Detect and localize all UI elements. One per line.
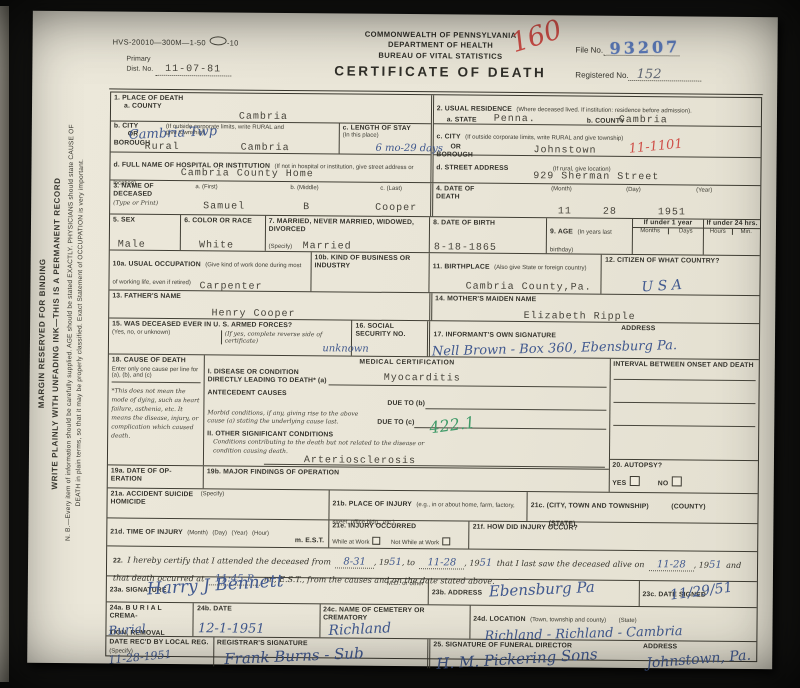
section-burial-date: 24b. DATE 12-1-1951 <box>193 603 319 637</box>
section-fd-address: ADDRESS Johnstown, Pa. <box>640 641 757 671</box>
section-operation-findings: 19b. MAJOR FINDINGS OF OPERATION <box>203 466 609 492</box>
death-month-value: 11 <box>558 206 572 217</box>
cause-instructions: 18. CAUSE OF DEATH Enter only one cause … <box>108 354 204 465</box>
residence-city-value: Johnstown <box>533 145 596 157</box>
section-informant: 17. INFORMANT'S OWN SIGNATURE ADDRESS Ne… <box>427 321 759 359</box>
place-county-value: Cambria <box>239 112 288 123</box>
name-title: 3. NAME OF DECEASED <box>113 182 185 200</box>
institution-value: Cambria County Home <box>181 168 314 180</box>
section-how-injury: 21f. HOW DID INJURY OCCUR? <box>469 522 758 552</box>
last-name-value: Cooper <box>375 203 417 214</box>
district-number: Dist. No. 11-07-81 <box>126 64 302 77</box>
residence-state-value: Penna. <box>494 114 536 125</box>
section-usual-residence: 2. USUAL RESIDENCE (Where deceased lived… <box>430 95 761 185</box>
marital-value: Married <box>303 241 352 252</box>
section-mother: 14. MOTHER'S MAIDEN NAME Elizabeth Rippl… <box>429 293 759 323</box>
place-township-value: Cambria <box>241 143 290 154</box>
burial-value: Burial <box>108 621 146 637</box>
autopsy-yes-checkbox <box>629 476 639 486</box>
last-seen-value: 11-28 <box>649 559 694 571</box>
res-city-label: c. CITY <box>437 133 461 140</box>
section-registrar-signature: REGISTRAR'S SIGNATURE Frank Burns - Sub <box>213 637 428 668</box>
section-operation-date: 19a. DATE OF OP-ERATION <box>108 465 203 488</box>
section-place-of-death: 1. PLACE OF DEATH a. COUNTY Cambria b. C… <box>110 92 431 182</box>
street-label: d. STREET ADDRESS <box>436 164 508 172</box>
sex-value: Male <box>118 240 146 251</box>
form-header: HVS-20010—300M—1-50-10 Primary Dist. No.… <box>110 21 763 91</box>
section-date-of-death: 4. DATE OF DEATH (Month) (Day) (Year) 11… <box>430 183 760 219</box>
while-at-work-checkbox <box>372 537 380 545</box>
armed-forces-value: unknown <box>322 343 369 354</box>
street-value: 929 Sherman Street <box>533 171 659 183</box>
section-place-of-injury: 21b. PLACE OF INJURY (e.g., in or about … <box>328 490 526 521</box>
section-father: 13. FATHER'S NAME Henry Cooper <box>109 290 429 320</box>
file-number-stamp: 93207 <box>609 37 680 58</box>
residence-title: 2. USUAL RESIDENCE <box>437 105 512 113</box>
section-funeral-director: 25. SIGNATURE OF FUNERAL DIRECTOR H. M. … <box>427 639 640 670</box>
birth-date-value: 8-18-1865 <box>434 242 497 254</box>
date-received-value: 11-28-1951 <box>108 648 172 667</box>
death-year-value: 1951 <box>658 207 686 218</box>
registered-number: Registered No.152 <box>575 66 760 83</box>
section-time-of-injury: 21d. TIME OF INJURY (Month) (Day) (Year)… <box>107 518 328 547</box>
cemetery-value: Richland <box>328 620 391 639</box>
residence-county-value: Cambria <box>619 115 668 126</box>
section-burial-location: 24d. LOCATION (Town, township and county… <box>469 606 757 642</box>
section-date-received: DATE REC'D BY LOCAL REG. 11-28-1951 <box>106 636 213 666</box>
physician-address-value: Ebensburg Pa <box>489 578 596 601</box>
section-burial: 24a. B U R I A L CREMA- TION, REMOVAL (S… <box>106 602 193 636</box>
section-sex: 5. SEX Male <box>110 214 180 250</box>
margin-line-1: MARGIN RESERVED FOR BINDING <box>35 33 49 633</box>
section-injury-occurred: 21e. INJURY OCCURRED While at Work Not W… <box>328 520 469 548</box>
form-number: HVS-20010—300M—1-50-10 <box>113 31 303 51</box>
cause-a-value: Myocarditis <box>384 373 461 385</box>
section-date-signed: 23c. DATE SIGNED 11/29/51 <box>638 581 757 607</box>
section-date-of-birth: 8. DATE OF BIRTH 8-18-1865 <box>429 217 546 253</box>
certificate-title: CERTIFICATE OF DEATH <box>320 63 560 80</box>
attended-from-value: 8-31 <box>335 556 374 568</box>
section-marital: 7. MARRIED, NEVER MARRIED, WIDOWED, DIVO… <box>264 216 429 252</box>
union-bug-icon <box>210 37 227 46</box>
section-physician-signature: 23a. SIGNATURE M.D. or other Harry J Ben… <box>107 576 428 604</box>
file-number: File No.93207 <box>575 37 760 58</box>
section-physician-address: 23b. ADDRESS Ebensburg Pa <box>428 579 639 606</box>
section-cemetery: 24c. NAME OF CEMETERY OR CREMATORY Richl… <box>319 604 469 638</box>
section-birthplace: 11. BIRTHPLACE (Also give State or forei… <box>429 253 602 294</box>
death-day-value: 28 <box>603 207 617 218</box>
section-injury-city: 21c. (CITY, TOWN AND TOWNSHIP) (COUNTY) … <box>527 492 758 523</box>
section-race: 6. COLOR OR RACE White <box>180 215 265 251</box>
middle-name-value: B <box>303 202 310 213</box>
section-industry: 10b. KIND OF BUSINESS OR INDUSTRY <box>310 252 429 292</box>
section-ssn: 16. SOCIAL SECURITY NO. unknown <box>351 321 427 357</box>
date-signed-value: 11/29/51 <box>669 580 733 604</box>
interval-column: INTERVAL BETWEEN ONSET AND DEATH 20. AUT… <box>608 359 759 493</box>
first-name-value: Samuel <box>203 201 245 212</box>
photo-edge <box>0 6 9 682</box>
cause-note: *This does not mean the mode of dying, s… <box>111 387 200 442</box>
place-city-value: Rural <box>145 142 180 153</box>
margin-line-4: DEATH in plain terms, so that it may be … <box>74 33 86 633</box>
medical-certification: MEDICAL CERTIFICATION I. DISEASE OR COND… <box>203 355 609 469</box>
death-certificate: MARGIN RESERVED FOR BINDING WRITE PLAINL… <box>27 11 778 669</box>
section-age: 9. AGE (In years last birthday) If under… <box>546 218 760 255</box>
certificate-form: 1. PLACE OF DEATH a. COUNTY Cambria b. C… <box>105 91 762 662</box>
death-date-title: 4. DATE OF DEATH <box>436 185 496 202</box>
section-citizen: 12. CITIZEN OF WHAT COUNTRY? U S A <box>601 255 760 295</box>
section-autopsy: 20. AUTOPSY? YES NO <box>609 459 758 493</box>
autopsy-no-checkbox <box>671 477 681 487</box>
burial-date-value: 12-1-1951 <box>198 621 265 637</box>
birthplace-value: Cambria County,Pa. <box>466 282 592 294</box>
section-name: 3. NAME OF DECEASED (Type or Print) a. (… <box>110 180 430 216</box>
district-number-value: 11-07-81 <box>155 64 231 77</box>
length-of-stay-value: 6 mo-29 days <box>375 143 443 155</box>
informant-value: Nell Brown - Box 360, Ebensburg Pa. <box>432 338 677 359</box>
registered-number-value: 152 <box>637 67 662 82</box>
binding-margin: MARGIN RESERVED FOR BINDING WRITE PLAINL… <box>33 11 778 18</box>
citizen-value: U S A <box>641 277 682 295</box>
race-value: White <box>199 240 234 251</box>
attended-to-value: 11-28 <box>419 557 464 569</box>
margin-line-2: WRITE PLAINLY WITH UNFADING INK—THIS IS … <box>49 33 63 633</box>
section-occupation: 10a. USUAL OCCUPATION (Give kind of work… <box>109 250 310 291</box>
not-while-at-work-checkbox <box>442 538 450 546</box>
section-armed-forces: 15. WAS DECEASED EVER IN U. S. ARMED FOR… <box>109 318 352 355</box>
father-value: Henry Cooper <box>212 308 296 320</box>
section-accident: 21a. ACCIDENT SUICIDE HOMICIDE (Specify) <box>107 488 328 519</box>
